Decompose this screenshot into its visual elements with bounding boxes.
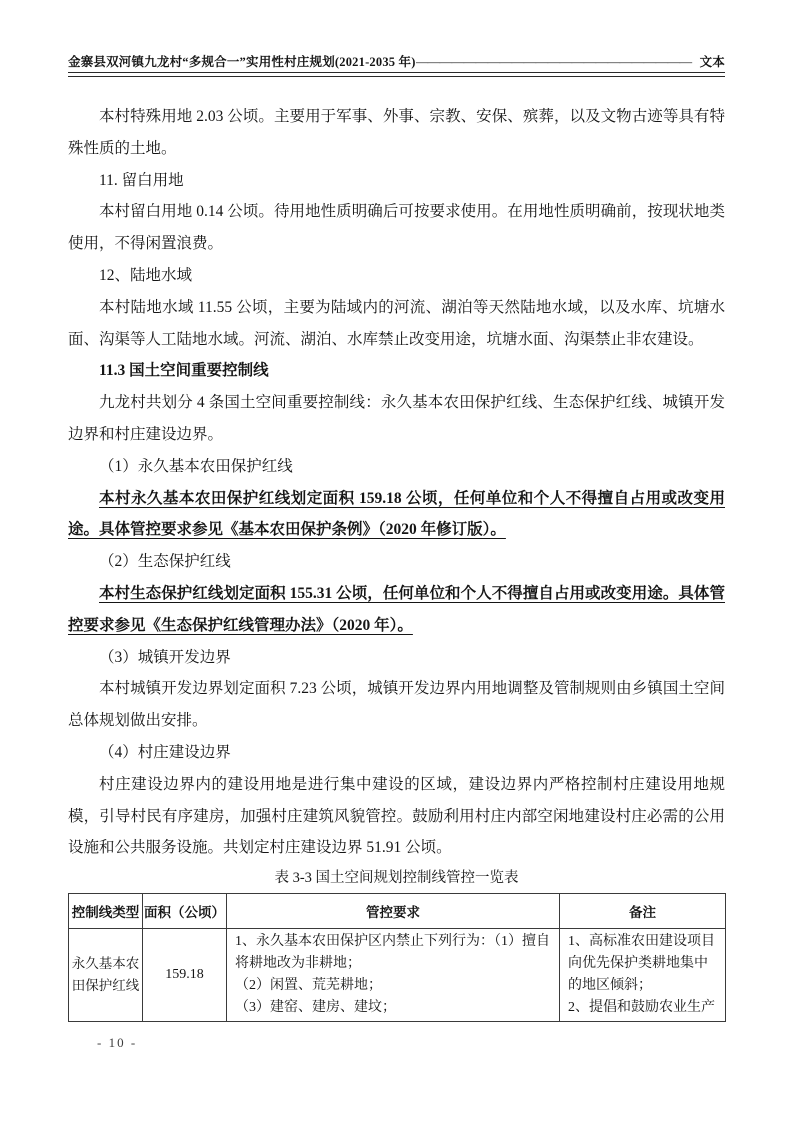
requirements-cell: 1、永久基本农田保护区内禁止下列行为：（1）擅自将耕地改为非耕地；（2）闲置、荒… (227, 929, 560, 1022)
sub-heading: （2）生态保护红线 (68, 546, 725, 578)
paragraph: 本村特殊用地 2.03 公顷。主要用于军事、外事、宗教、安保、殡葬，以及文物古迹… (68, 101, 725, 165)
sub-heading: （1）永久基本农田保护红线 (68, 451, 725, 483)
paragraph: 本村留白用地 0.14 公顷。待用地性质明确后可按要求使用。在用地性质明确前，按… (68, 196, 725, 260)
area-cell: 159.18 (143, 929, 227, 1022)
paragraph: 本村陆地水域 11.55 公顷，主要为陆域内的河流、湖泊等天然陆地水域，以及水库… (68, 292, 725, 356)
control-line-table: 控制线类型面积（公顷）管控要求备注 永久基本农田保护红线159.181、永久基本… (68, 893, 726, 1022)
document-body: 本村特殊用地 2.03 公顷。主要用于军事、外事、宗教、安保、殡葬，以及文物古迹… (68, 101, 725, 864)
header-doc-type-label: 文本 (700, 52, 725, 70)
requirement-line: （3）建窑、建房、建坟； (235, 997, 551, 1019)
requirement-line: 1、永久基本农田保护区内禁止下列行为：（1）擅自将耕地改为非耕地； (235, 931, 551, 975)
control-line-type-cell: 永久基本农田保护红线 (69, 929, 143, 1022)
header-line: 金寨县双河镇九龙村“多规合一”实用性村庄规划(2021-2035 年) ————… (68, 52, 725, 70)
table-header-cell: 备注 (560, 894, 726, 929)
note-line: 1、高标准农田建设项目向优先保护类耕地集中的地区倾斜； (568, 931, 717, 997)
table-header-cell: 控制线类型 (69, 894, 143, 929)
paragraph: 村庄建设边界内的建设用地是进行集中建设的区域，建设边界内严格控制村庄建设用地规模… (68, 769, 725, 864)
section-heading: 11.3 国土空间重要控制线 (68, 355, 725, 387)
note-line: 2、提倡和鼓励农业生产 (568, 997, 717, 1019)
sub-heading: 11. 留白用地 (68, 165, 725, 197)
table-row: 永久基本农田保护红线159.181、永久基本农田保护区内禁止下列行为：（1）擅自… (69, 929, 726, 1022)
sub-heading: 12、陆地水域 (68, 260, 725, 292)
paragraph: 九龙村共划分 4 条国土空间重要控制线：永久基本农田保护红线、生态保护红线、城镇… (68, 387, 725, 451)
control-line-table-section: 表 3-3 国土空间规划控制线管控一览表 控制线类型面积（公顷）管控要求备注 永… (68, 866, 725, 1022)
table-header-cell: 管控要求 (227, 894, 560, 929)
notes-cell: 1、高标准农田建设项目向优先保护类耕地集中的地区倾斜；2、提倡和鼓励农业生产 (560, 929, 726, 1022)
header-double-rule (68, 72, 725, 77)
paragraph: 本村城镇开发边界划定面积 7.23 公顷，城镇开发边界内用地调整及管制规则由乡镇… (68, 673, 725, 737)
table-caption: 表 3-3 国土空间规划控制线管控一览表 (68, 866, 725, 890)
paragraph: 本村生态保护红线划定面积 155.31 公顷，任何单位和个人不得擅自占用或改变用… (68, 578, 725, 642)
header-title: 金寨县双河镇九龙村“多规合一”实用性村庄规划(2021-2035 年) (68, 52, 416, 70)
requirement-line: （2）闲置、荒芜耕地； (235, 975, 551, 997)
table-header-row: 控制线类型面积（公顷）管控要求备注 (69, 894, 726, 929)
page-header: 金寨县双河镇九龙村“多规合一”实用性村庄规划(2021-2035 年) ————… (68, 52, 725, 77)
paragraph: 本村永久基本农田保护红线划定面积 159.18 公顷，任何单位和个人不得擅自占用… (68, 483, 725, 547)
table-header-cell: 面积（公顷） (143, 894, 227, 929)
header-dash-leader: ——————————————————————— (416, 55, 699, 70)
sub-heading: （4）村庄建设边界 (68, 737, 725, 769)
sub-heading: （3）城镇开发边界 (68, 642, 725, 674)
document-page: 金寨县双河镇九龙村“多规合一”实用性村庄规划(2021-2035 年) ————… (0, 0, 793, 1122)
page-number: - 10 - (97, 1035, 137, 1051)
